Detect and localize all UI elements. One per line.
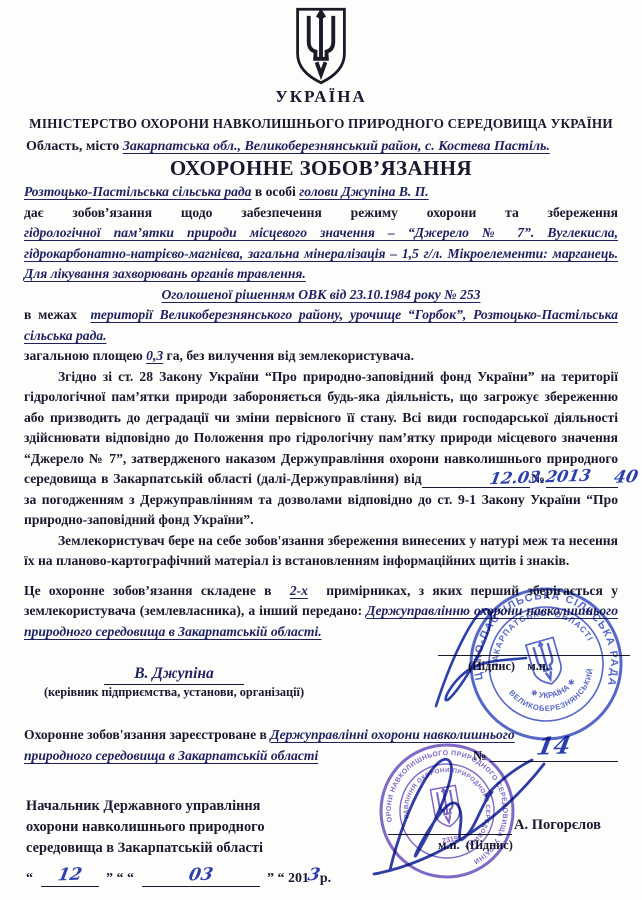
law-paragraph: Згідно зі ст. 28 Закону України “Про при… (24, 367, 618, 531)
date-month-handwritten: 03 (187, 868, 213, 883)
chief-handwritten-signature (366, 736, 551, 881)
chief-title-line3: середовища в Закарпатській області (26, 838, 356, 859)
region-label: Область, місто (26, 139, 119, 154)
within-label: в межах (24, 307, 77, 322)
region-line: Область, місто Закарпатська обл., Велико… (26, 139, 616, 155)
area-label: загальною площею (24, 348, 143, 363)
obligor-person: голови Джупіна В. П. (299, 184, 428, 199)
in-person-label: в особі (255, 184, 296, 199)
registration-prefix: Охоронне зобов'язання зареєстроване в (24, 727, 267, 742)
protected-object-description: гідрологічної пам’ятки природи місцевого… (24, 223, 618, 285)
order-date-blank: 12.03.2013 (422, 471, 530, 488)
chief-title-block: Начальник Державного управління охорони … (26, 796, 356, 859)
date-month-blank: 03 (142, 870, 260, 887)
obligor-organization: Розтоцько-Пастільська сільська рада (24, 184, 251, 199)
declaration-decision-line: Оголошеної рішенням ОВК від 23.10.1984 р… (24, 285, 618, 306)
order-no-handwritten: 40 (579, 470, 640, 486)
chief-title-line2: охорони навколишнього природного (26, 817, 356, 838)
law-text-2: за погодженням з Держуправлінням та дозв… (24, 492, 618, 528)
year-suffix: р. (320, 871, 331, 886)
copies-count: 2-х (280, 583, 318, 598)
country-name: УКРАЇНА (0, 87, 642, 107)
document-body: Розтоцько-Пастільська сільська рада в ос… (24, 182, 618, 642)
document-header: УКРАЇНА МІНІСТЕРСТВО ОХОРОНИ НАВКОЛИШНЬО… (0, 7, 642, 181)
date-day-blank: 12 (41, 870, 99, 887)
date-day-handwritten: 12 (56, 868, 82, 883)
ministry-name: МІНІСТЕРСТВО ОХОРОНИ НАВКОЛИШНЬОГО ПРИРО… (0, 116, 642, 132)
area-suffix: га, без вилучення від землекористувача. (167, 348, 414, 363)
within-value: території Великоберезнянського району, у… (24, 307, 618, 343)
chief-title-line1: Начальник Державного управління (26, 796, 356, 817)
order-date-handwritten: 12.03.2013 (454, 469, 592, 488)
quote-open: “ (26, 871, 33, 886)
quote-mid: ” “ “ (106, 871, 134, 886)
obligor-line: Розтоцько-Пастільська сільська рада в ос… (24, 182, 618, 203)
area-value: 0,3 (146, 348, 163, 363)
ukraine-trident-emblem-icon (292, 7, 350, 85)
obligor-signature-block: В. Джупіна (керівник підприємства, устан… (24, 665, 324, 700)
region-value: Закарпатська обл., Великоберезнянський р… (123, 139, 550, 154)
document-title: ОХОРОННЕ ЗОБОВ’ЯЗАННЯ (0, 156, 642, 181)
area-line: загальною площею 0,3 га, без вилучення в… (24, 346, 618, 367)
obligor-handwritten-signature (424, 588, 534, 713)
registration-authority-2: природного середовища в Закарпатській об… (24, 745, 318, 766)
copies-prefix: Це охоронне зобов’язання складене в (24, 583, 272, 598)
pledge-line: дає зобов’язання щодо забезпечення режим… (24, 203, 618, 224)
obligor-signature-name: В. Джупіна (104, 665, 244, 685)
location-line: в межах території Великоберезнянського р… (24, 305, 618, 346)
year-printed: ” “ 201 (267, 871, 309, 886)
scanned-document: УКРАЇНА МІНІСТЕРСТВО ОХОРОНИ НАВКОЛИШНЬО… (0, 0, 642, 900)
landuser-paragraph: Землекористувач бере на себе зобов'язанн… (24, 531, 618, 572)
obligor-signature-caption: (керівник підприємства, установи, органі… (24, 685, 324, 700)
